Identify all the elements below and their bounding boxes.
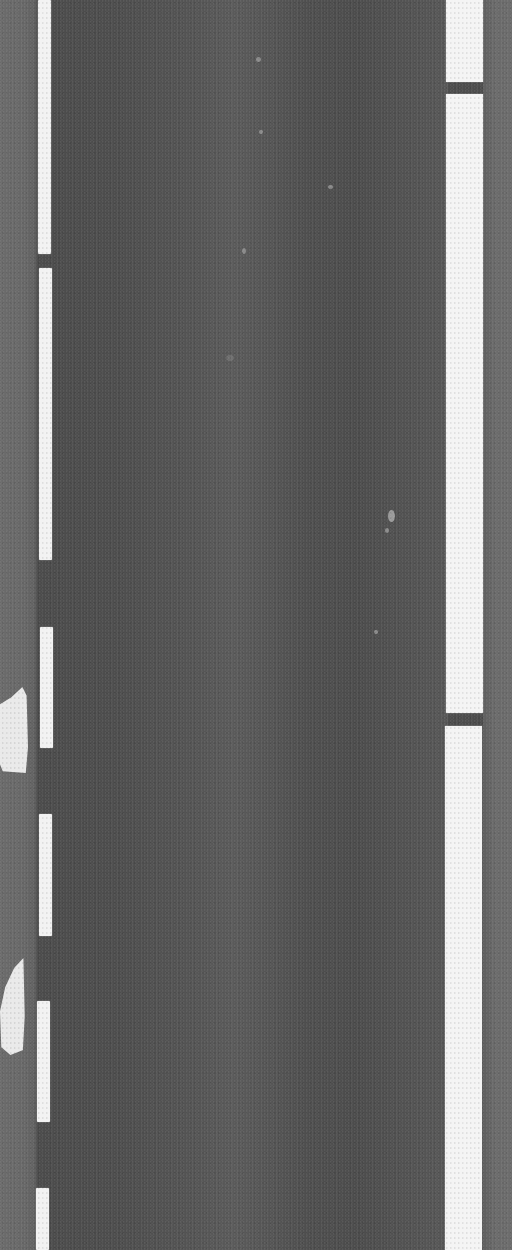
road-scene [0,0,512,1250]
texture-overlay [0,0,512,1250]
